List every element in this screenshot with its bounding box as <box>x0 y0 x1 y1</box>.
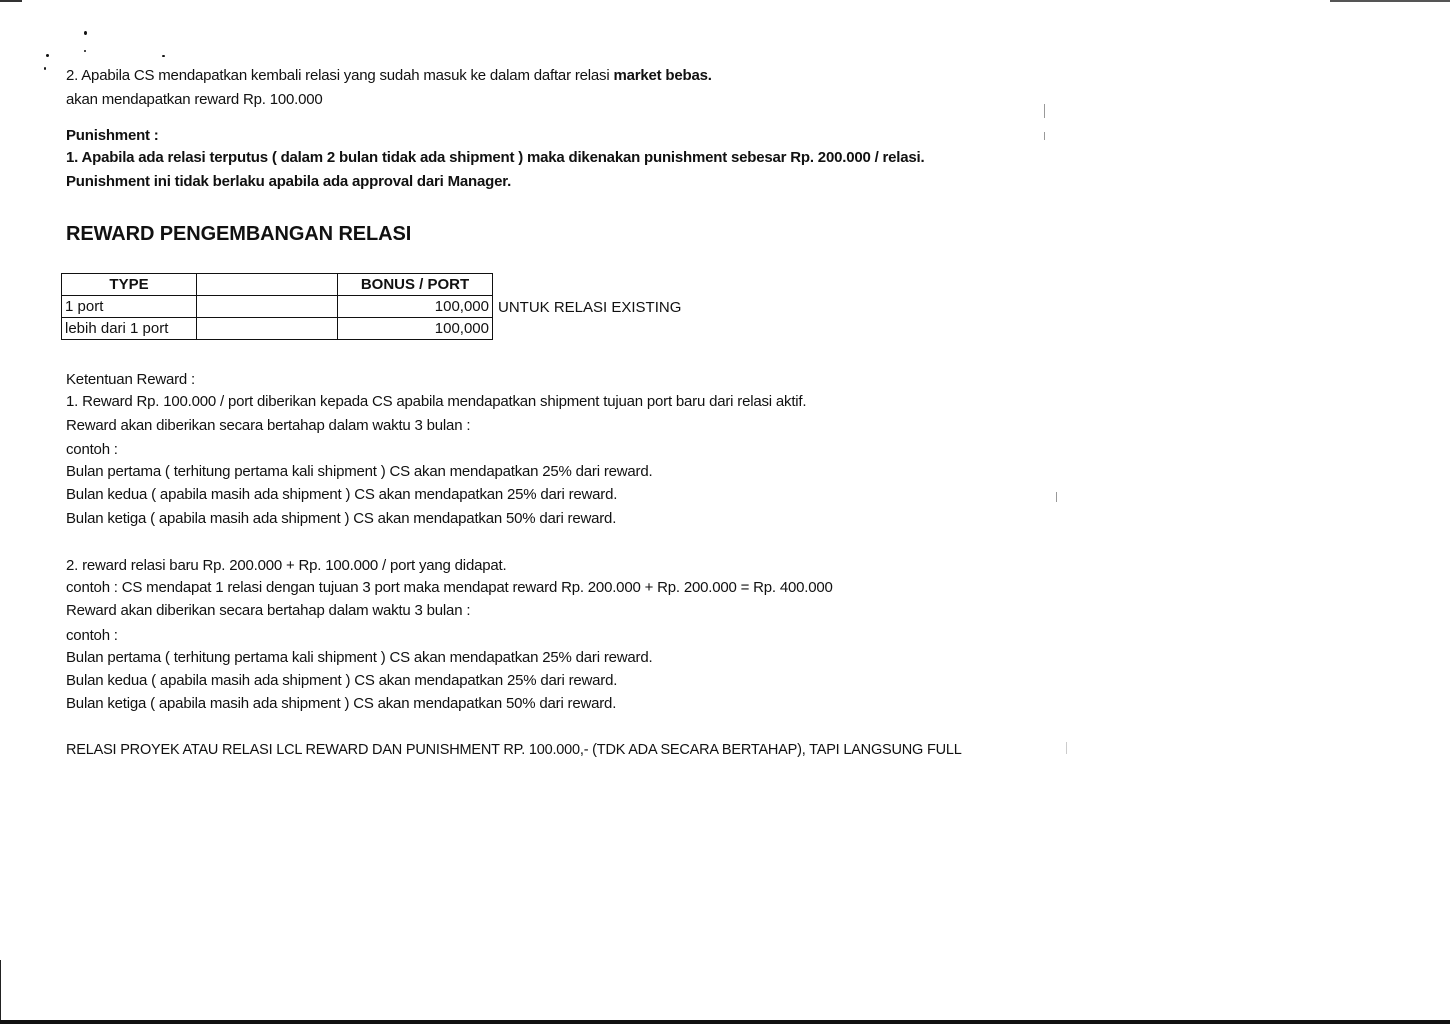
section-title: REWARD PENGEMBANGAN RELASI <box>66 223 411 246</box>
rule1-line: Reward akan diberikan secara bertahap da… <box>66 416 470 436</box>
footer-note: RELASI PROYEK ATAU RELASI LCL REWARD DAN… <box>66 740 962 760</box>
scan-left-edge <box>0 960 1 1020</box>
intro-text-bold: market bebas. <box>613 67 711 84</box>
intro-line-1: 2. Apabila CS mendapatkan kembali relasi… <box>66 66 712 86</box>
scan-speck <box>44 67 46 70</box>
rule2-line: Bulan kedua ( apabila masih ada shipment… <box>66 671 617 691</box>
table-header-type: TYPE <box>62 274 197 296</box>
scan-speck <box>46 54 49 57</box>
scan-bottom-edge <box>0 1020 1450 1024</box>
ketentuan-label: Ketentuan Reward : <box>66 370 195 390</box>
reward-table: TYPE BONUS / PORT 1 port 100,000 lebih d… <box>61 273 493 340</box>
table-row: 1 port 100,000 <box>62 296 493 318</box>
scan-edge-mark <box>1330 0 1450 2</box>
rule2-line: 2. reward relasi baru Rp. 200.000 + Rp. … <box>66 556 506 576</box>
table-cell-type: lebih dari 1 port <box>62 318 197 340</box>
scan-speck <box>84 50 86 52</box>
rule1-line: Bulan kedua ( apabila masih ada shipment… <box>66 485 617 505</box>
rule1-line: Bulan ketiga ( apabila masih ada shipmen… <box>66 509 616 529</box>
scan-edge-mark <box>1056 492 1057 502</box>
scan-speck <box>162 55 165 57</box>
scan-edge-mark <box>1044 104 1045 118</box>
table-row: lebih dari 1 port 100,000 <box>62 318 493 340</box>
rule2-line: Bulan ketiga ( apabila masih ada shipmen… <box>66 694 616 714</box>
rule1-line: Bulan pertama ( terhitung pertama kali s… <box>66 462 652 482</box>
table-header-blank <box>197 274 338 296</box>
scan-speck <box>84 31 87 35</box>
intro-line-2: akan mendapatkan reward Rp. 100.000 <box>66 90 323 110</box>
table-header-row: TYPE BONUS / PORT <box>62 274 493 296</box>
rule1-line: 1. Reward Rp. 100.000 / port diberikan k… <box>66 392 806 412</box>
table-header-bonus: BONUS / PORT <box>338 274 493 296</box>
rule2-line: contoh : CS mendapat 1 relasi dengan tuj… <box>66 578 833 598</box>
table-side-note: UNTUK RELASI EXISTING <box>498 298 681 318</box>
table-cell-type: 1 port <box>62 296 197 318</box>
rule2-line: Reward akan diberikan secara bertahap da… <box>66 601 470 621</box>
scan-edge-mark <box>1044 132 1045 140</box>
rule2-line: Bulan pertama ( terhitung pertama kali s… <box>66 648 652 668</box>
scan-edge-mark <box>0 0 22 2</box>
rule1-line: contoh : <box>66 440 118 460</box>
scan-edge-mark <box>1066 742 1067 754</box>
table-cell-bonus: 100,000 <box>338 318 493 340</box>
punishment-line-2: Punishment ini tidak berlaku apabila ada… <box>66 172 511 192</box>
punishment-line-1: 1. Apabila ada relasi terputus ( dalam 2… <box>66 148 925 168</box>
table-cell-blank <box>197 296 338 318</box>
table-cell-blank <box>197 318 338 340</box>
punishment-label: Punishment : <box>66 126 159 146</box>
rule2-line: contoh : <box>66 626 118 646</box>
table-cell-bonus: 100,000 <box>338 296 493 318</box>
intro-text: 2. Apabila CS mendapatkan kembali relasi… <box>66 67 613 84</box>
